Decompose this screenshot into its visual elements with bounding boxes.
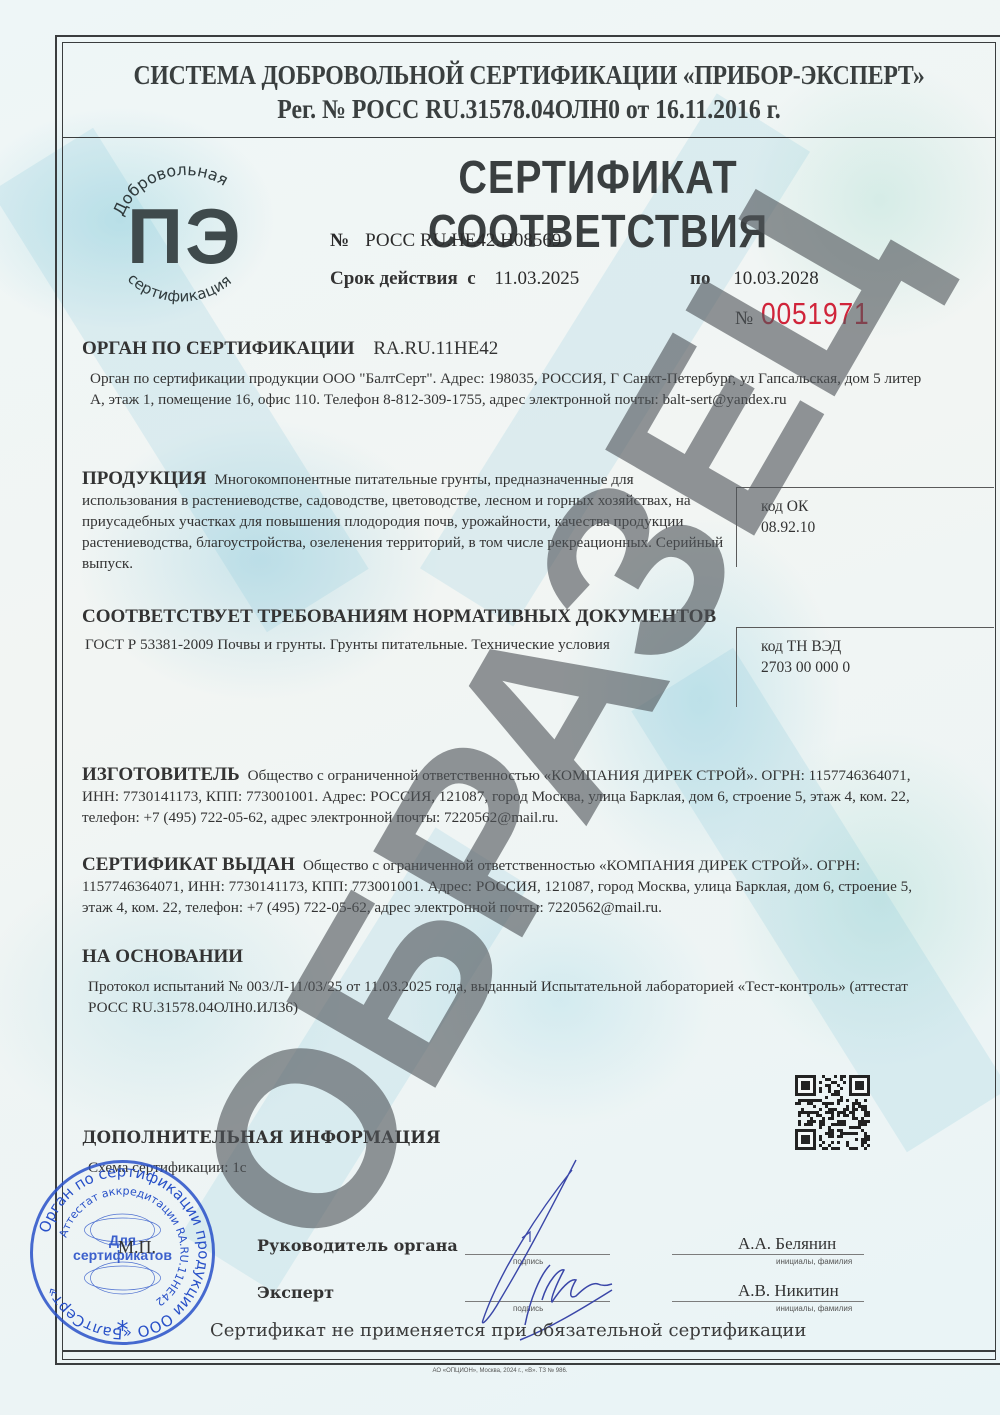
footer-divider xyxy=(62,1350,996,1352)
header-divider xyxy=(62,137,996,138)
certificate-number-line: №РОСС RU.HE42.H08569 xyxy=(330,230,561,252)
expert-label: Эксперт xyxy=(257,1283,334,1302)
pe-logo-letters: ПЭ xyxy=(127,197,243,275)
issued-to-heading: СЕРТИФИКАТ ВЫДАН xyxy=(82,854,295,875)
compliance-heading: СООТВЕТСТВУЕТ ТРЕБОВАНИЯМ НОРМАТИВНЫХ ДО… xyxy=(82,606,716,628)
head-name-caption: инициалы, фамилия xyxy=(776,1257,852,1266)
valid-from: 11.03.2025 xyxy=(494,268,579,289)
serial-number: 0051971 xyxy=(761,296,870,332)
manufacturer-section: ИЗГОТОВИТЕЛЬОбщество с ограниченной отве… xyxy=(82,764,932,828)
validity-label: Срок действия с xyxy=(330,268,476,289)
product-section: ПРОДУКЦИЯМногокомпонентные питательные г… xyxy=(82,468,727,574)
footer-note: Сертификат не применяется при обязательн… xyxy=(210,1320,806,1341)
expert-name-line xyxy=(672,1301,864,1302)
pe-logo: Добровольная сертификация ПЭ xyxy=(105,155,255,315)
basis-heading: НА ОСНОВАНИИ xyxy=(82,946,243,968)
serial-number-line: №0051971 xyxy=(735,296,889,332)
head-name: А.А. Белянин xyxy=(738,1234,836,1254)
qr-code-icon xyxy=(795,1075,870,1150)
okpd-code-value: 08.92.10 xyxy=(761,517,994,538)
basis-text: Протокол испытаний № 003/Л-11/03/25 от 1… xyxy=(88,976,948,1018)
certification-body-text: Орган по сертификации продукции ООО "Бал… xyxy=(90,368,930,410)
okpd-code-label: код ОК xyxy=(761,496,994,517)
seal-place-label: М.П. xyxy=(118,1237,156,1258)
certificate-number: РОСС RU.HE42.H08569 xyxy=(365,230,561,251)
valid-to-line: по 10.03.2028 xyxy=(690,268,819,290)
svg-text:*: * xyxy=(117,1316,129,1344)
compliance-text: ГОСТ Р 53381-2009 Почвы и грунты. Грунты… xyxy=(85,634,725,655)
okpd-code-box: код ОК 08.92.10 xyxy=(736,487,994,567)
system-registration: Рег. № РОСС RU.31578.04ОЛН0 от 16.11.201… xyxy=(118,94,940,125)
tnved-code-value: 2703 00 000 0 xyxy=(761,657,994,678)
issued-to-section: СЕРТИФИКАТ ВЫДАНОбщество с ограниченной … xyxy=(82,854,932,918)
serial-symbol: № xyxy=(735,308,753,329)
valid-to-label: по xyxy=(690,268,710,289)
tnved-code-label: код ТН ВЭД xyxy=(761,636,994,657)
validity-line: Срок действия с 11.03.2025 xyxy=(330,268,579,290)
expert-name: А.В. Никитин xyxy=(738,1281,839,1301)
valid-to: 10.03.2028 xyxy=(733,268,819,289)
certification-body-heading: ОРГАН ПО СЕРТИФИКАЦИИ RA.RU.11HE42 xyxy=(82,338,498,360)
number-symbol: № xyxy=(330,230,349,251)
certification-body-label: ОРГАН ПО СЕРТИФИКАЦИИ xyxy=(82,338,355,359)
manufacturer-heading: ИЗГОТОВИТЕЛЬ xyxy=(82,764,240,785)
head-name-line xyxy=(672,1254,864,1255)
system-title: СИСТЕМА ДОБРОВОЛЬНОЙ СЕРТИФИКАЦИИ «ПРИБО… xyxy=(118,60,940,91)
printer-imprint: АО «ОПЦИОН», Москва, 2024 г., «В». ТЗ № … xyxy=(0,1368,1000,1374)
tnved-code-box: код ТН ВЭД 2703 00 000 0 xyxy=(736,627,994,707)
certification-body-code: RA.RU.11HE42 xyxy=(373,338,498,359)
product-heading: ПРОДУКЦИЯ xyxy=(82,468,206,489)
expert-name-caption: инициалы, фамилия xyxy=(776,1304,852,1313)
additional-info-heading: ДОПОЛНИТЕЛЬНАЯ ИНФОРМАЦИЯ xyxy=(82,1128,441,1147)
